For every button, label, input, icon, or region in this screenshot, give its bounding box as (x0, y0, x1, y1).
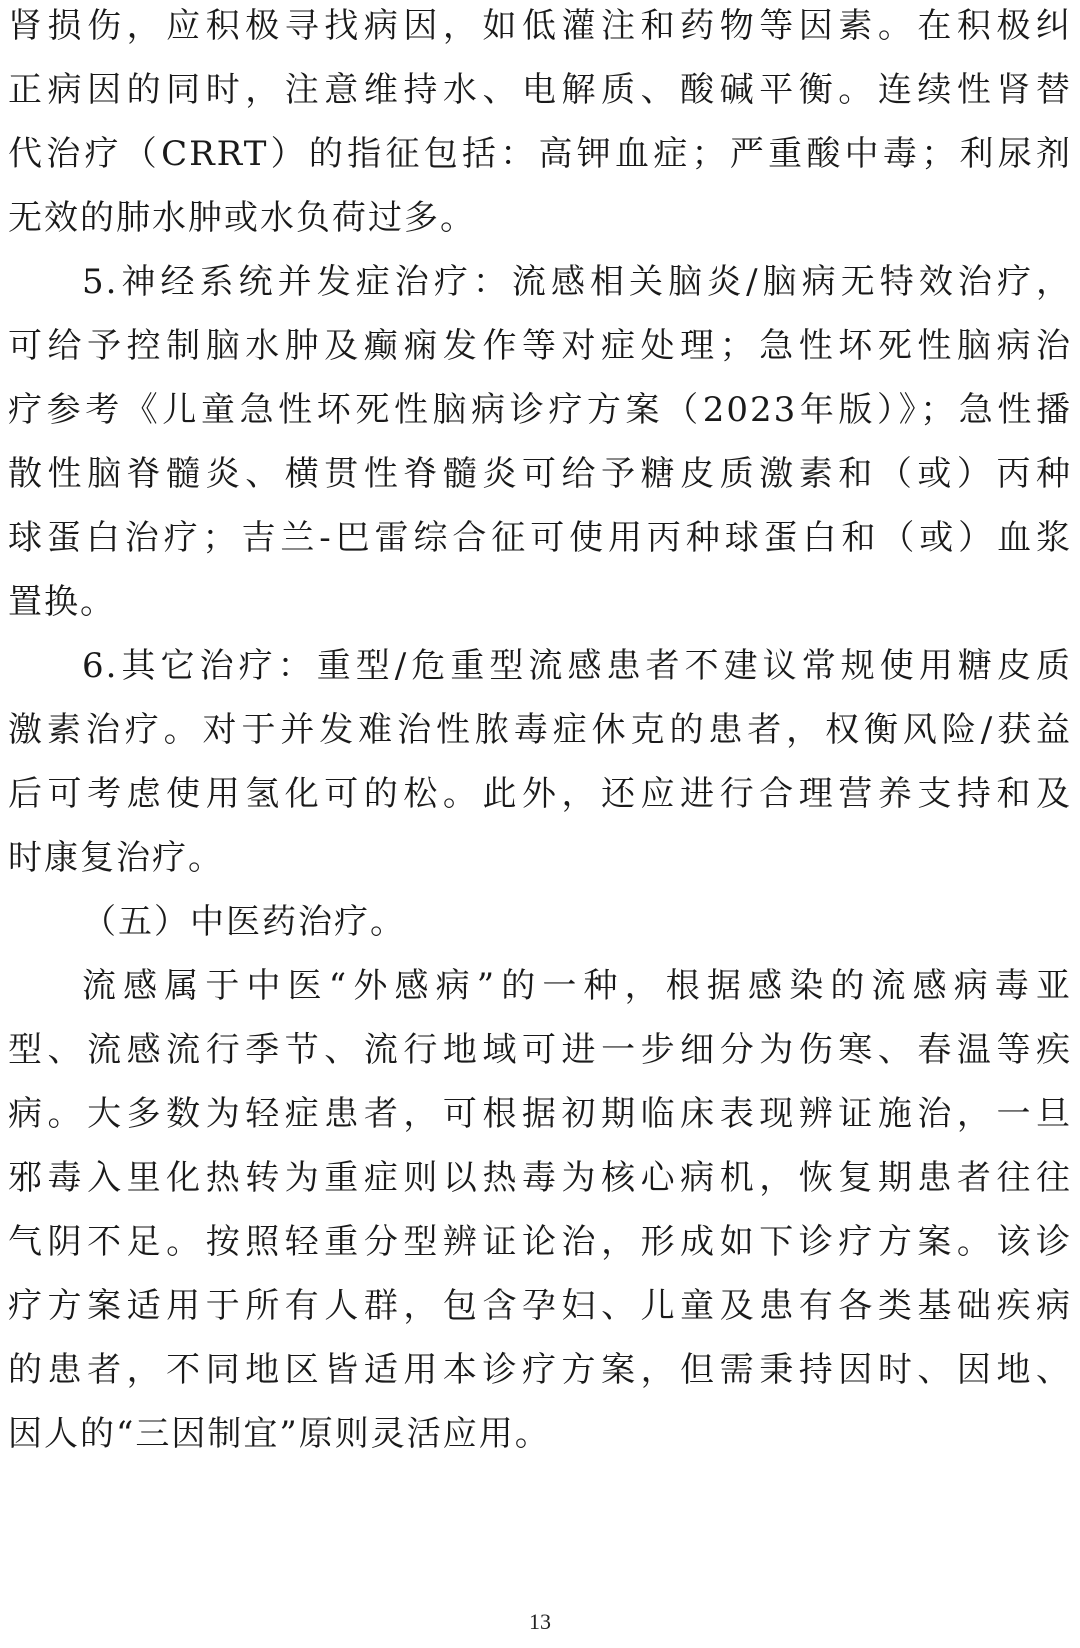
text-line: 型、流感流行季节、流行地域可进一步细分为伤寒、春温等疾 (8, 1026, 1072, 1074)
text-line: 疗参考《儿童急性坏死性脑病诊疗方案（2023年版）》；急性播 (8, 386, 1072, 434)
text-line: 可给予控制脑水肿及癫痫发作等对症处理；急性坏死性脑病治 (8, 322, 1072, 370)
section-5-heading-line: 5.神经系统并发症治疗：流感相关脑炎/脑病无特效治疗， (82, 258, 1072, 306)
section-6-heading-line: 6.其它治疗：重型/危重型流感患者不建议常规使用糖皮质 (82, 642, 1072, 690)
text-line: 代治疗（CRRT）的指征包括：高钾血症；严重酸中毒；利尿剂 (8, 130, 1072, 178)
text-line: 流感属于中医“外感病”的一种，根据感染的流感病毒亚 (82, 962, 1072, 1010)
document-page: 肾损伤，应积极寻找病因，如低灌注和药物等因素。在积极纠 正病因的同时，注意维持水… (0, 0, 1080, 1648)
text-line: 激素治疗。对于并发难治性脓毒症休克的患者，权衡风险/获益 (8, 706, 1072, 754)
text-line: 气阴不足。按照轻重分型辨证论治，形成如下诊疗方案。该诊 (8, 1218, 1072, 1266)
text-line: 的患者，不同地区皆适用本诊疗方案，但需秉持因时、因地、 (8, 1346, 1072, 1394)
text-line: 无效的肺水肿或水负荷过多。 (8, 194, 1072, 242)
text-line: 疗方案适用于所有人群，包含孕妇、儿童及患有各类基础疾病 (8, 1282, 1072, 1330)
text-line: 因人的“三因制宜”原则灵活应用。 (8, 1410, 1072, 1458)
text-line: 正病因的同时，注意维持水、电解质、酸碱平衡。连续性肾替 (8, 66, 1072, 114)
text-line: 邪毒入里化热转为重症则以热毒为核心病机，恢复期患者往往 (8, 1154, 1072, 1202)
text-line: 球蛋白治疗；吉兰-巴雷综合征可使用丙种球蛋白和（或）血浆 (8, 514, 1072, 562)
page-number: 13 (0, 1608, 1080, 1636)
text-line: 散性脑脊髓炎、横贯性脊髓炎可给予糖皮质激素和（或）丙种 (8, 450, 1072, 498)
text-line: 后可考虑使用氢化可的松。此外，还应进行合理营养支持和及 (8, 770, 1072, 818)
section-heading-tcm: （五）中医药治疗。 (82, 898, 1072, 946)
text-line: 置换。 (8, 578, 1072, 626)
text-line: 肾损伤，应积极寻找病因，如低灌注和药物等因素。在积极纠 (8, 2, 1072, 50)
text-line: 病。大多数为轻症患者，可根据初期临床表现辨证施治，一旦 (8, 1090, 1072, 1138)
text-line: 时康复治疗。 (8, 834, 1072, 882)
